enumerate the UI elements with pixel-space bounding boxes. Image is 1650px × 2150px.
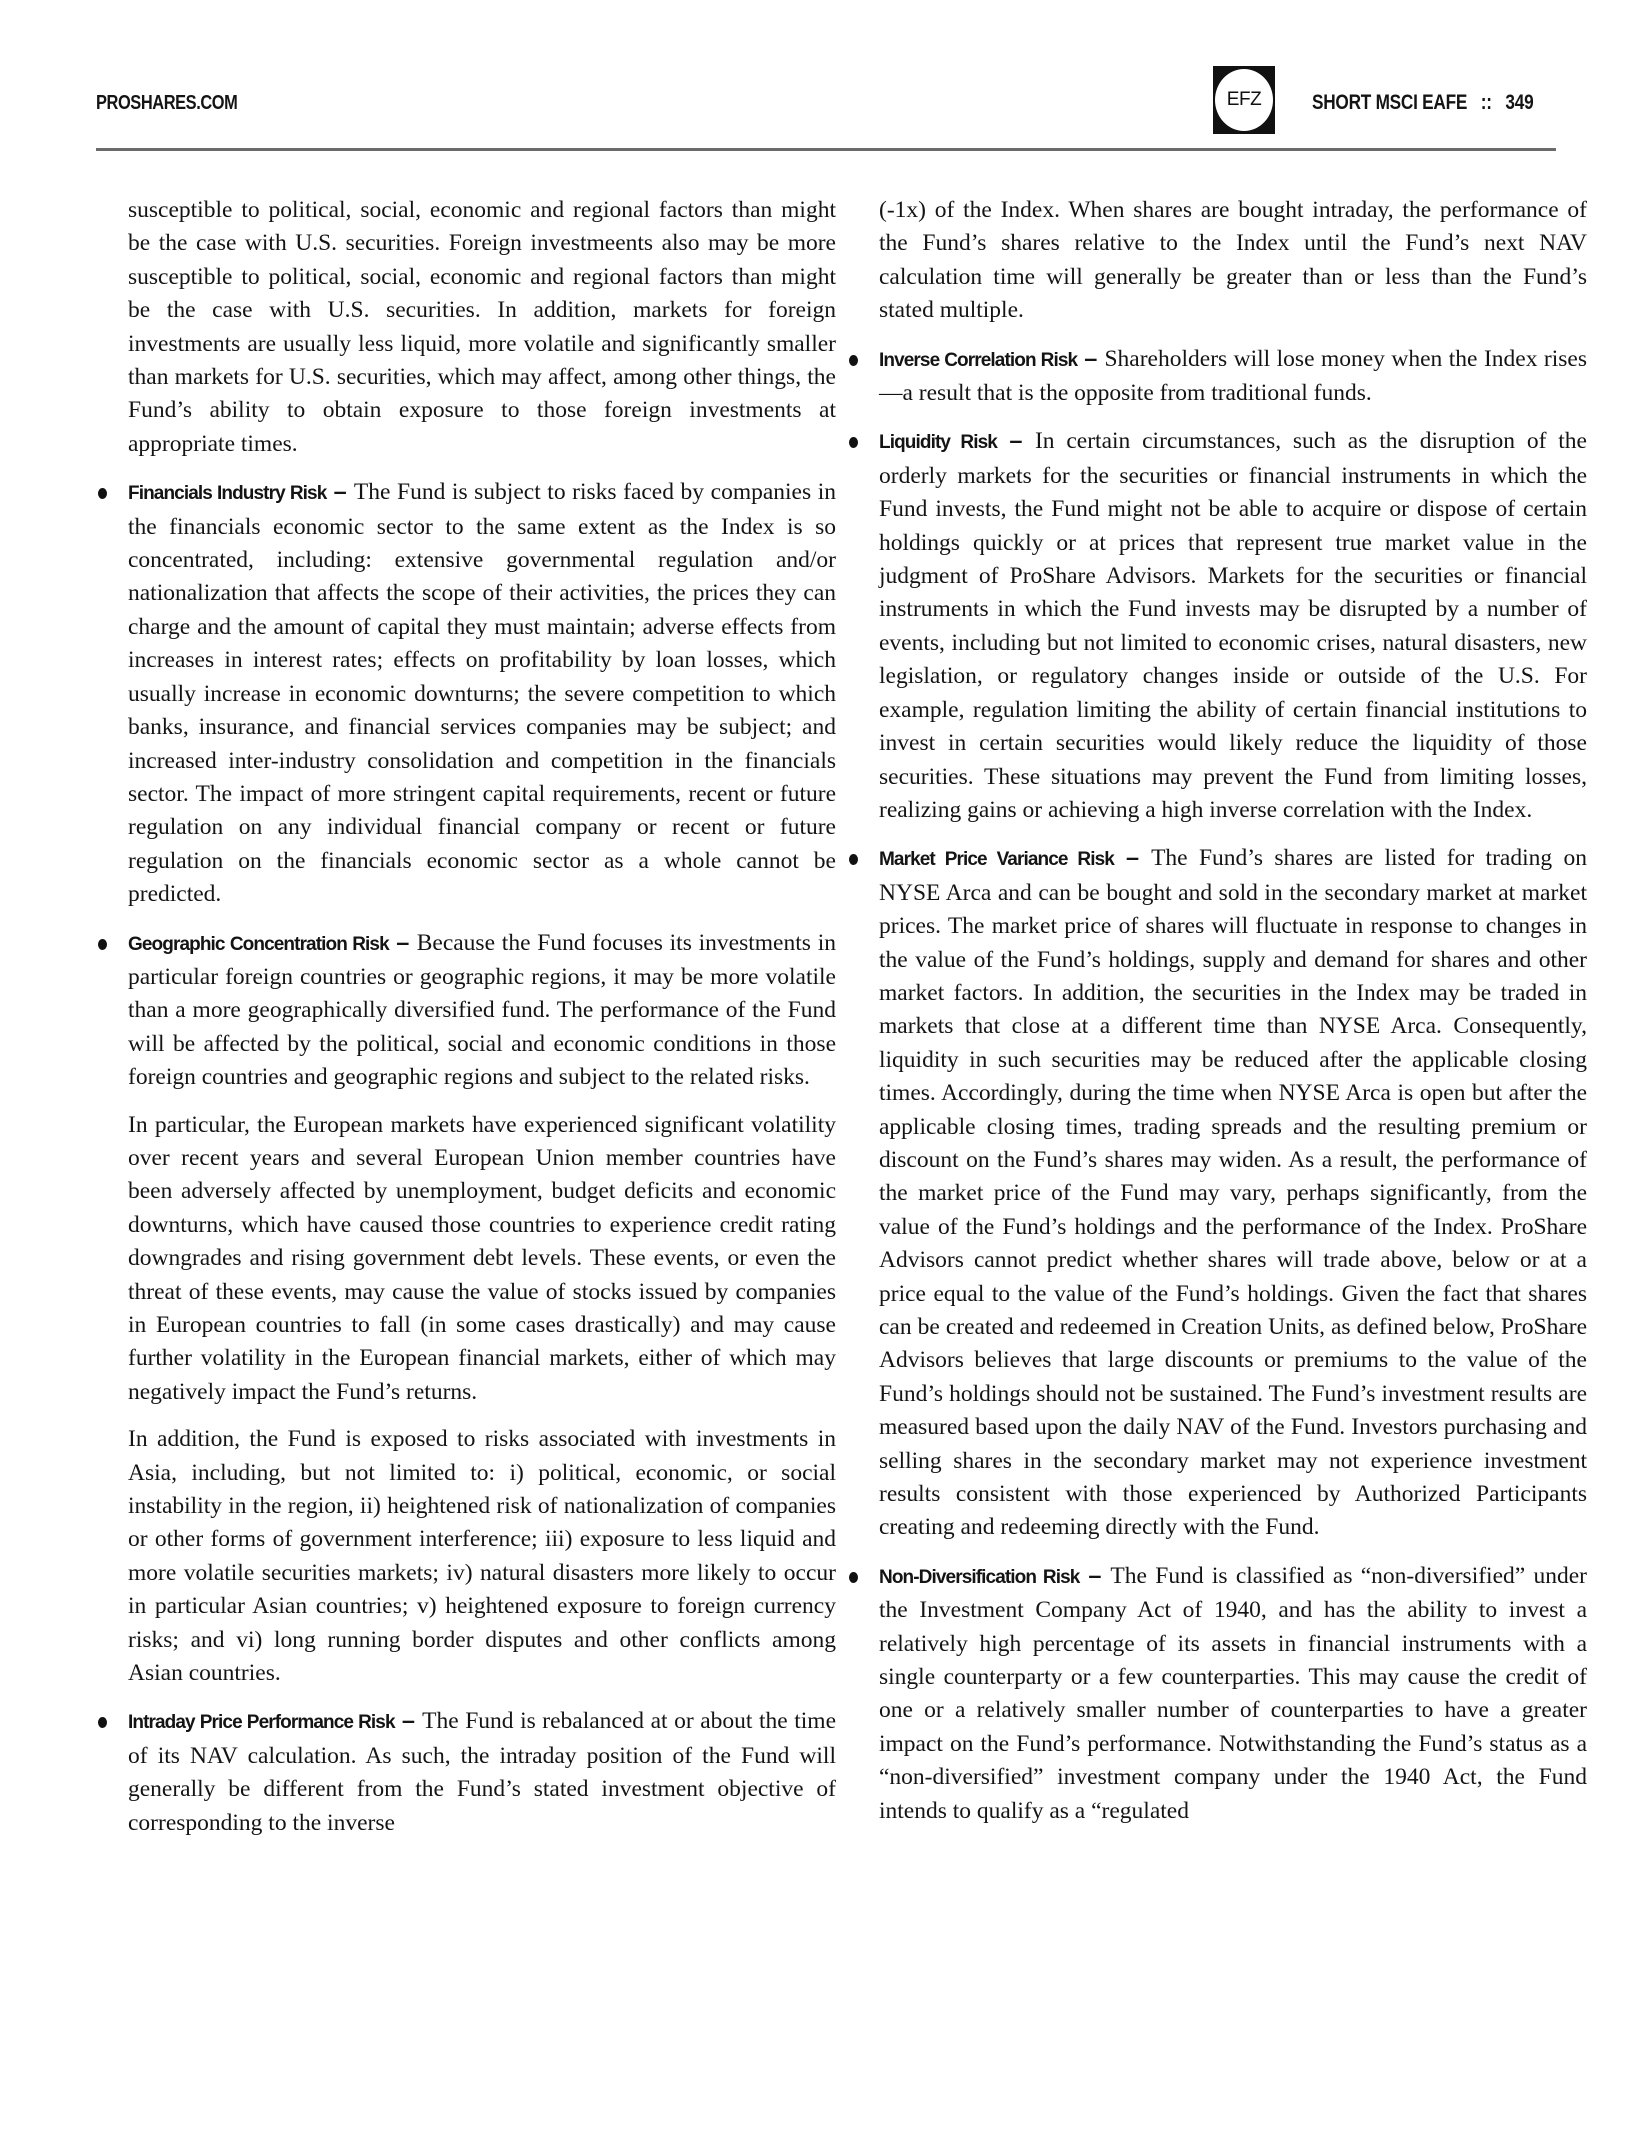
risk-item-inverse-correlation: Inverse Correlation Risk – Shareholders … [879, 342, 1587, 411]
bullet-icon [98, 488, 107, 499]
left-column: susceptible to political, social, econom… [128, 194, 836, 1854]
right-column: (-1x) of the Index. When shares are boug… [879, 194, 1587, 1842]
ticker-badge: EFZ [1213, 66, 1275, 134]
bullet-icon [98, 1717, 107, 1728]
risk-term: Liquidity Risk [879, 432, 997, 453]
bullet-icon [849, 355, 858, 366]
bullet-icon [98, 939, 107, 950]
fund-name: SHORT MSCI EAFE [1312, 91, 1467, 114]
risk-item-non-diversification: Non-Diversification Risk – The Fund is c… [879, 1559, 1587, 1828]
risk-text: In certain circumstances, such as the di… [879, 428, 1587, 822]
risk-item-geographic-concentration: Geographic Concentration Risk – Because … [128, 926, 836, 1691]
risk-item-market-price-variance: Market Price Variance Risk – The Fund’s … [879, 841, 1587, 1545]
risk-text: The Fund is classified as “non-diversifi… [879, 1563, 1587, 1824]
continuation-paragraph: (-1x) of the Index. When shares are boug… [879, 194, 1587, 328]
bullet-icon [849, 437, 858, 448]
ticker-badge-label: EFZ [1215, 69, 1273, 131]
asia-paragraph: In addition, the Fund is exposed to risk… [128, 1423, 836, 1690]
running-head-separator: :: [1481, 91, 1492, 114]
running-head: SHORT MSCI EAFE :: 349 [1312, 91, 1533, 115]
risk-term: Inverse Correlation Risk [879, 350, 1077, 371]
site-name: PROSHARES.COM [96, 92, 237, 115]
risk-item-intraday-price-performance: Intraday Price Performance Risk – The Fu… [128, 1704, 836, 1840]
page-number: 349 [1505, 91, 1533, 114]
risk-term: Financials Industry Risk [128, 483, 326, 504]
risk-term: Market Price Variance Risk [879, 849, 1114, 870]
risk-term: Geographic Concentration Risk [128, 934, 389, 955]
page-header: PROSHARES.COM EFZ SHORT MSCI EAFE :: 349 [0, 0, 1650, 152]
risk-term: Non-Diversification Risk [879, 1567, 1079, 1588]
risk-item-liquidity: Liquidity Risk – In certain circumstance… [879, 424, 1587, 827]
intro-paragraph: susceptible to political, social, econom… [128, 194, 836, 461]
bullet-icon [849, 1572, 858, 1583]
europe-paragraph: In particular, the European markets have… [128, 1109, 836, 1410]
bullet-icon [849, 854, 858, 865]
risk-text: The Fund is subject to risks faced by co… [128, 479, 836, 907]
risk-text: The Fund’s shares are listed for trad­in… [879, 845, 1587, 1540]
risk-term: Intraday Price Performance Risk [128, 1712, 395, 1733]
risk-item-financials-industry: Financials Industry Risk – The Fund is s… [128, 475, 836, 911]
header-rule [96, 148, 1556, 151]
